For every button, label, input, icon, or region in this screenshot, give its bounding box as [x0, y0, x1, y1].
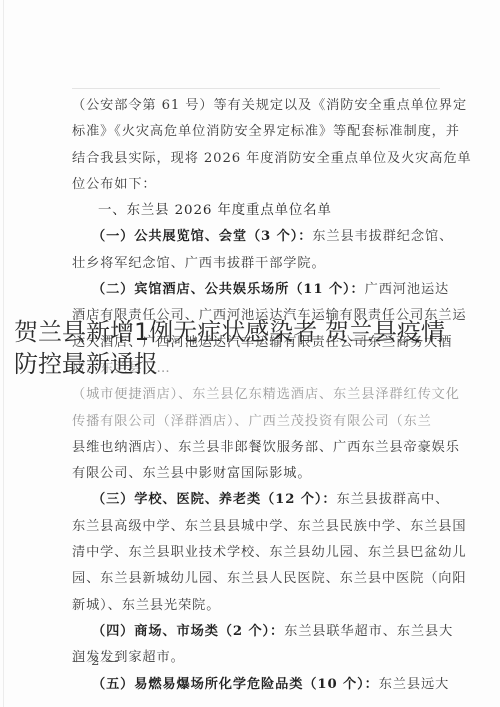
overlay-headline: 贺兰县新增1例无症状感染者 贺兰县疫情 防控最新通报 — [14, 316, 494, 380]
intro-line: 位公布如下： — [72, 172, 442, 198]
category-line: 新城）、东兰县光荣院。 — [72, 593, 442, 619]
category-1: （一）公共展览馆、会堂（3 个）：东兰县韦拔群纪念馆、 — [72, 224, 442, 250]
category-text: 东兰县远大 — [379, 677, 449, 692]
category-label: （五）易燃易爆场所化学危险品类（10 个）： — [92, 677, 379, 692]
category-label: （一）公共展览馆、会堂（3 个）： — [92, 229, 312, 244]
category-line: 东兰县高级中学、东兰县县城中学、东兰县民族中学、东兰县国 — [72, 514, 442, 540]
section-heading: 一、东兰县 2026 年度重点单位名单 — [72, 198, 442, 224]
category-2: （二）宾馆酒店、公共娱乐场所（11 个）：广西河池运达 — [72, 277, 442, 303]
category-line: 园、东兰县新城幼儿园、东兰县人民医院、东兰县中医院（向阳 — [72, 566, 442, 592]
category-3: （三）学校、医院、养老类（12 个）：东兰县拔群高中、 — [72, 487, 442, 513]
category-text: 东兰县联华超市、东兰县大 — [284, 624, 453, 639]
category-4: （四）商场、市场类（2 个）：东兰县联华超市、东兰县大 — [72, 619, 442, 645]
category-text: 广西河池运达 — [365, 282, 450, 297]
page-number: — 2 — — [72, 654, 120, 669]
intro-line: （公安部令第 61 号）等有关规定以及《消防安全重点单位界定 — [72, 93, 442, 119]
category-label: （四）商场、市场类（2 个）： — [92, 624, 284, 639]
category-text: 东兰县拔群高中、 — [336, 492, 449, 507]
category-line: 县维也纳酒店）、东兰县非郎餐饮服务部、广西东兰县帝豪娱乐 — [72, 435, 442, 461]
intro-line: 标准》《火灾高危单位消防安全界定标准》等配套标准制度，并 — [72, 119, 442, 145]
category-line: 润发发到家超市。 — [72, 645, 442, 671]
category-line-obscured: 传播有限公司（泽群酒店）、广西兰茂投资有限公司（东兰 — [72, 409, 442, 435]
category-label: （二）宾馆酒店、公共娱乐场所（11 个）： — [92, 282, 365, 297]
overlay-headline-line1: 贺兰县新增1例无症状感染者 贺兰县疫情 — [14, 316, 494, 348]
category-text: 东兰县韦拔群纪念馆、 — [312, 229, 453, 244]
scan-artifact-line — [72, 88, 440, 89]
category-line: 壮乡将军纪念馆、广西韦拔群干部学院。 — [72, 251, 442, 277]
category-line-obscured: （城市便捷酒店）、东兰县亿东精选酒店、东兰县泽群红传文化 — [72, 382, 442, 408]
category-5: （五）易燃易爆场所化学危险品类（10 个）：东兰县远大 — [72, 672, 442, 698]
page-edge — [3, 0, 4, 707]
overlay-headline-line2: 防控最新通报 — [14, 348, 494, 380]
category-label: （三）学校、医院、养老类（12 个）： — [92, 492, 336, 507]
category-line: 清中学、东兰县职业技术学校、东兰县幼儿园、东兰县巴盆幼儿 — [72, 540, 442, 566]
intro-line: 结合我县实际，现将 2026 年度消防安全重点单位及火灾高危单 — [72, 146, 442, 172]
category-line: 有限公司、东兰县中影财富国际影城。 — [72, 461, 442, 487]
document-body: （公安部令第 61 号）等有关规定以及《消防安全重点单位界定 标准》《火灾高危单… — [72, 93, 442, 698]
